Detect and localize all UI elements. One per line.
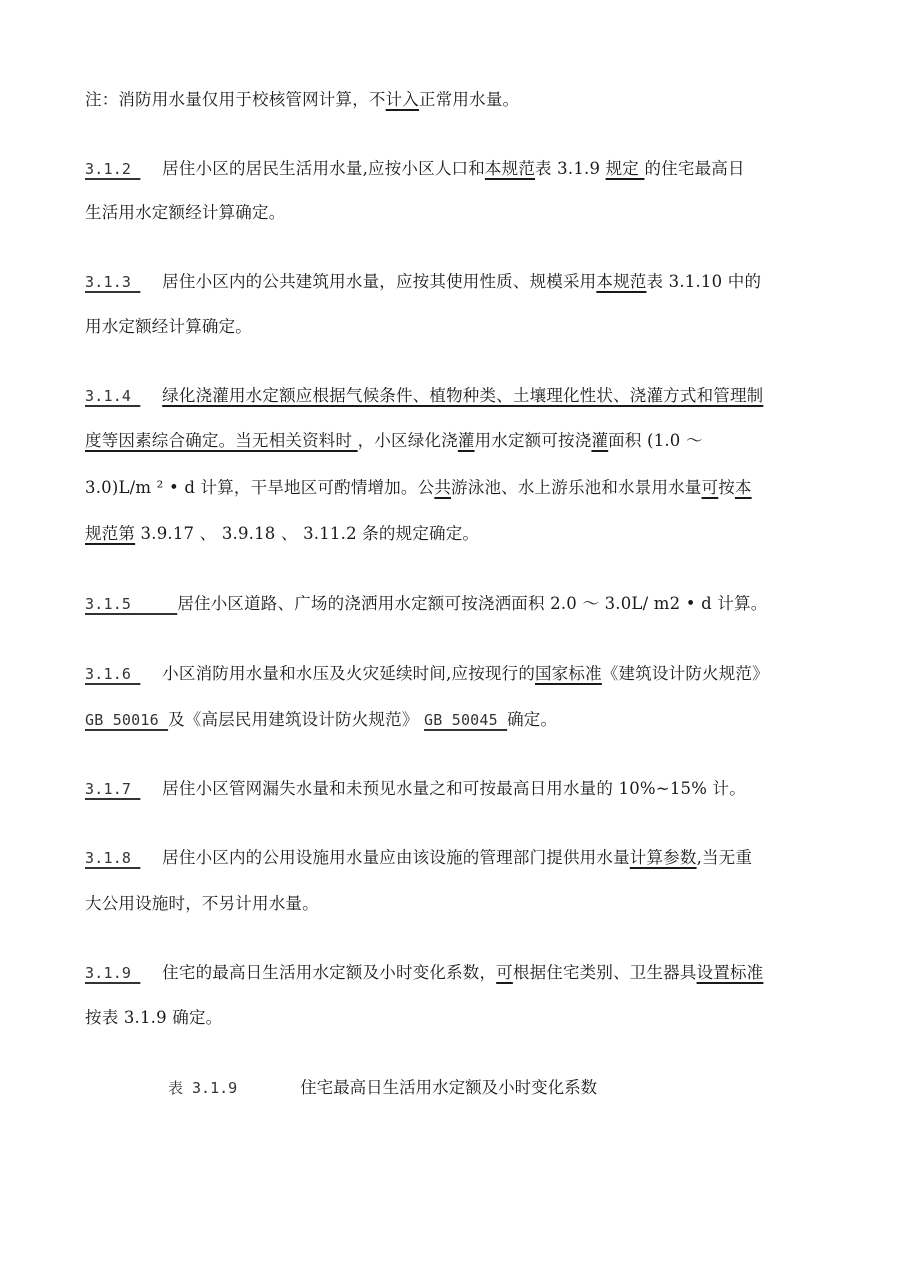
section-number: 3.1.4 <box>85 387 140 405</box>
text-segment: 表 3.1.10 中的 <box>646 272 761 291</box>
underlined-text: 规定 <box>606 159 645 178</box>
underlined-text: 可 <box>702 478 719 497</box>
text-line: 生活用水定额经计算确定。 <box>85 201 285 225</box>
text-line: 按表 3.1.9 确定。 <box>85 1006 222 1030</box>
text-line: 3.1.7 居住小区管网漏失水量和未预见水量之和可按最高日用水量的 10%~15… <box>85 777 746 801</box>
text-segment: 《建筑设计防火规范》 <box>602 664 769 683</box>
section-number: 3.1.5 <box>85 595 177 613</box>
text-segment: 按 <box>718 478 735 497</box>
underlined-text: 本规范 <box>596 272 646 291</box>
text-line: 3.1.6 小区消防用水量和水压及火灾延续时间,应按现行的国家标准《建筑设计防火… <box>85 662 769 686</box>
section-number: 3.1.8 <box>85 849 140 867</box>
text-line: 用水定额经计算确定。 <box>85 315 252 339</box>
text-line: 3.1.5 居住小区道路、广场的浇洒用水定额可按浇洒面积 2.0 ～ 3.0L/… <box>85 592 767 616</box>
text-segment: 面积 (1.0 ～ <box>608 431 702 450</box>
text-segment: ，小区绿化浇 <box>358 431 458 450</box>
text-segment: 居住小区管网漏失水量和未预见水量之和可按最高日用水量的 10%~15% 计。 <box>140 779 746 798</box>
text-line: 3.1.8 居住小区内的公用设施用水量应由该设施的管理部门提供用水量计算参数,当… <box>85 846 752 870</box>
text-line: 规范第 3.9.17 、 3.9.18 、 3.11.2 条的规定确定。 <box>85 522 479 546</box>
text-segment: 按表 3.1.9 确定。 <box>85 1008 222 1027</box>
underlined-text: 本规范 <box>485 159 535 178</box>
text-segment: 用水定额可按浇 <box>475 431 592 450</box>
text-segment: 3.9.17 、 3.9.18 、 3.11.2 条的规定确定。 <box>135 524 479 543</box>
text-segment: 住宅的最高日生活用水定额及小时变化系数， <box>140 963 496 982</box>
underlined-text: 共 <box>434 478 451 497</box>
text-segment: 居住小区的居民生活用水量,应按小区人口和 <box>140 159 485 178</box>
text-segment: ,当无重 <box>697 848 753 867</box>
text-segment: 根据住宅类别、卫生器具 <box>513 963 697 982</box>
text-segment: 用水定额经计算确定。 <box>85 317 252 336</box>
text-segment: 生活用水定额经计算确定。 <box>85 203 285 222</box>
underlined-text: 可 <box>496 963 513 982</box>
text-segment: 游泳池、水上游乐池和水景用水量 <box>451 478 702 497</box>
section-number: 3.1.3 <box>85 273 140 291</box>
text-segment: 的住宅最高日 <box>644 159 744 178</box>
text-segment: 大公用设施时，不另计用水量。 <box>85 894 319 913</box>
underlined-text: 计算参数 <box>630 848 697 867</box>
text-line: 注：消防用水量仅用于校核管网计算，不计入正常用水量。 <box>85 88 519 112</box>
underlined-text: 本 <box>735 478 752 497</box>
underlined-text: 规范第 <box>85 524 135 543</box>
underlined-text: 度等因素综合确定。当无相关资料时 <box>85 431 358 450</box>
text-line: 度等因素综合确定。当无相关资料时 ，小区绿化浇灌用水定额可按浇灌面积 (1.0 … <box>85 429 703 453</box>
underlined-text: 计入 <box>386 90 419 109</box>
section-number: 3.1.6 <box>85 665 140 683</box>
text-line: 3.1.9 住宅的最高日生活用水定额及小时变化系数，可根据住宅类别、卫生器具设置… <box>85 961 763 985</box>
text-segment: 居住小区道路、广场的浇洒用水定额可按浇洒面积 2.0 ～ 3.0L/ m2 • … <box>177 594 767 613</box>
underlined-text: 灌 <box>458 431 475 450</box>
text-segment: 居住小区内的公共建筑用水量，应按其使用性质、规模采用 <box>140 272 596 291</box>
text-line: GB 50016 及《高层民用建筑设计防火规范》 GB 50045 确定。 <box>85 708 557 732</box>
section-number: GB 50045 <box>424 711 507 729</box>
underlined-text: 国家标准 <box>535 664 602 683</box>
table-caption-title: 住宅最高日生活用水定额及小时变化系数 <box>300 1078 597 1097</box>
text-segment: 正常用水量。 <box>419 90 519 109</box>
text-line: 3.1.4 绿化浇灌用水定额应根据气候条件、植物种类、土壤理化性状、浇灌方式和管… <box>85 384 763 408</box>
underlined-text: 灌 <box>591 431 608 450</box>
text-line: 3.1.2 居住小区的居民生活用水量,应按小区人口和本规范表 3.1.9 规定 … <box>85 157 745 181</box>
text-segment: 小区消防用水量和水压及火灾延续时间,应按现行的 <box>140 664 535 683</box>
table-caption: 表 3.1.9 住宅最高日生活用水定额及小时变化系数 <box>168 1076 597 1100</box>
text-line: 3.0)L/m ² • d 计算，干旱地区可酌情增加。公共游泳池、水上游乐池和水… <box>85 476 752 500</box>
section-number: 3.1.9 <box>85 964 140 982</box>
text-segment <box>140 386 162 405</box>
underlined-text: 设置标准 <box>697 963 764 982</box>
section-number: 3.1.2 <box>85 160 140 178</box>
text-segment: 确定。 <box>507 710 557 729</box>
section-number: 3.1.7 <box>85 780 140 798</box>
table-caption-number: 表 3.1.9 <box>168 1079 237 1097</box>
text-line: 大公用设施时，不另计用水量。 <box>85 892 319 916</box>
text-line: 3.1.3 居住小区内的公共建筑用水量，应按其使用性质、规模采用本规范表 3.1… <box>85 270 761 294</box>
section-number: GB 50016 <box>85 711 168 729</box>
text-segment: 注：消防用水量仅用于校核管网计算，不 <box>85 90 386 109</box>
text-segment: 居住小区内的公用设施用水量应由该设施的管理部门提供用水量 <box>140 848 629 867</box>
underlined-text: 绿化浇灌用水定额应根据气候条件、植物种类、土壤理化性状、浇灌方式和管理制 <box>162 386 763 405</box>
text-segment: 3.0)L/m ² • d 计算，干旱地区可酌情增加。公 <box>85 478 434 497</box>
document-page: 注：消防用水量仅用于校核管网计算，不计入正常用水量。3.1.2 居住小区的居民生… <box>0 0 900 1273</box>
text-segment: 表 3.1.9 <box>535 159 606 178</box>
text-segment: 及《高层民用建筑设计防火规范》 <box>168 710 424 729</box>
